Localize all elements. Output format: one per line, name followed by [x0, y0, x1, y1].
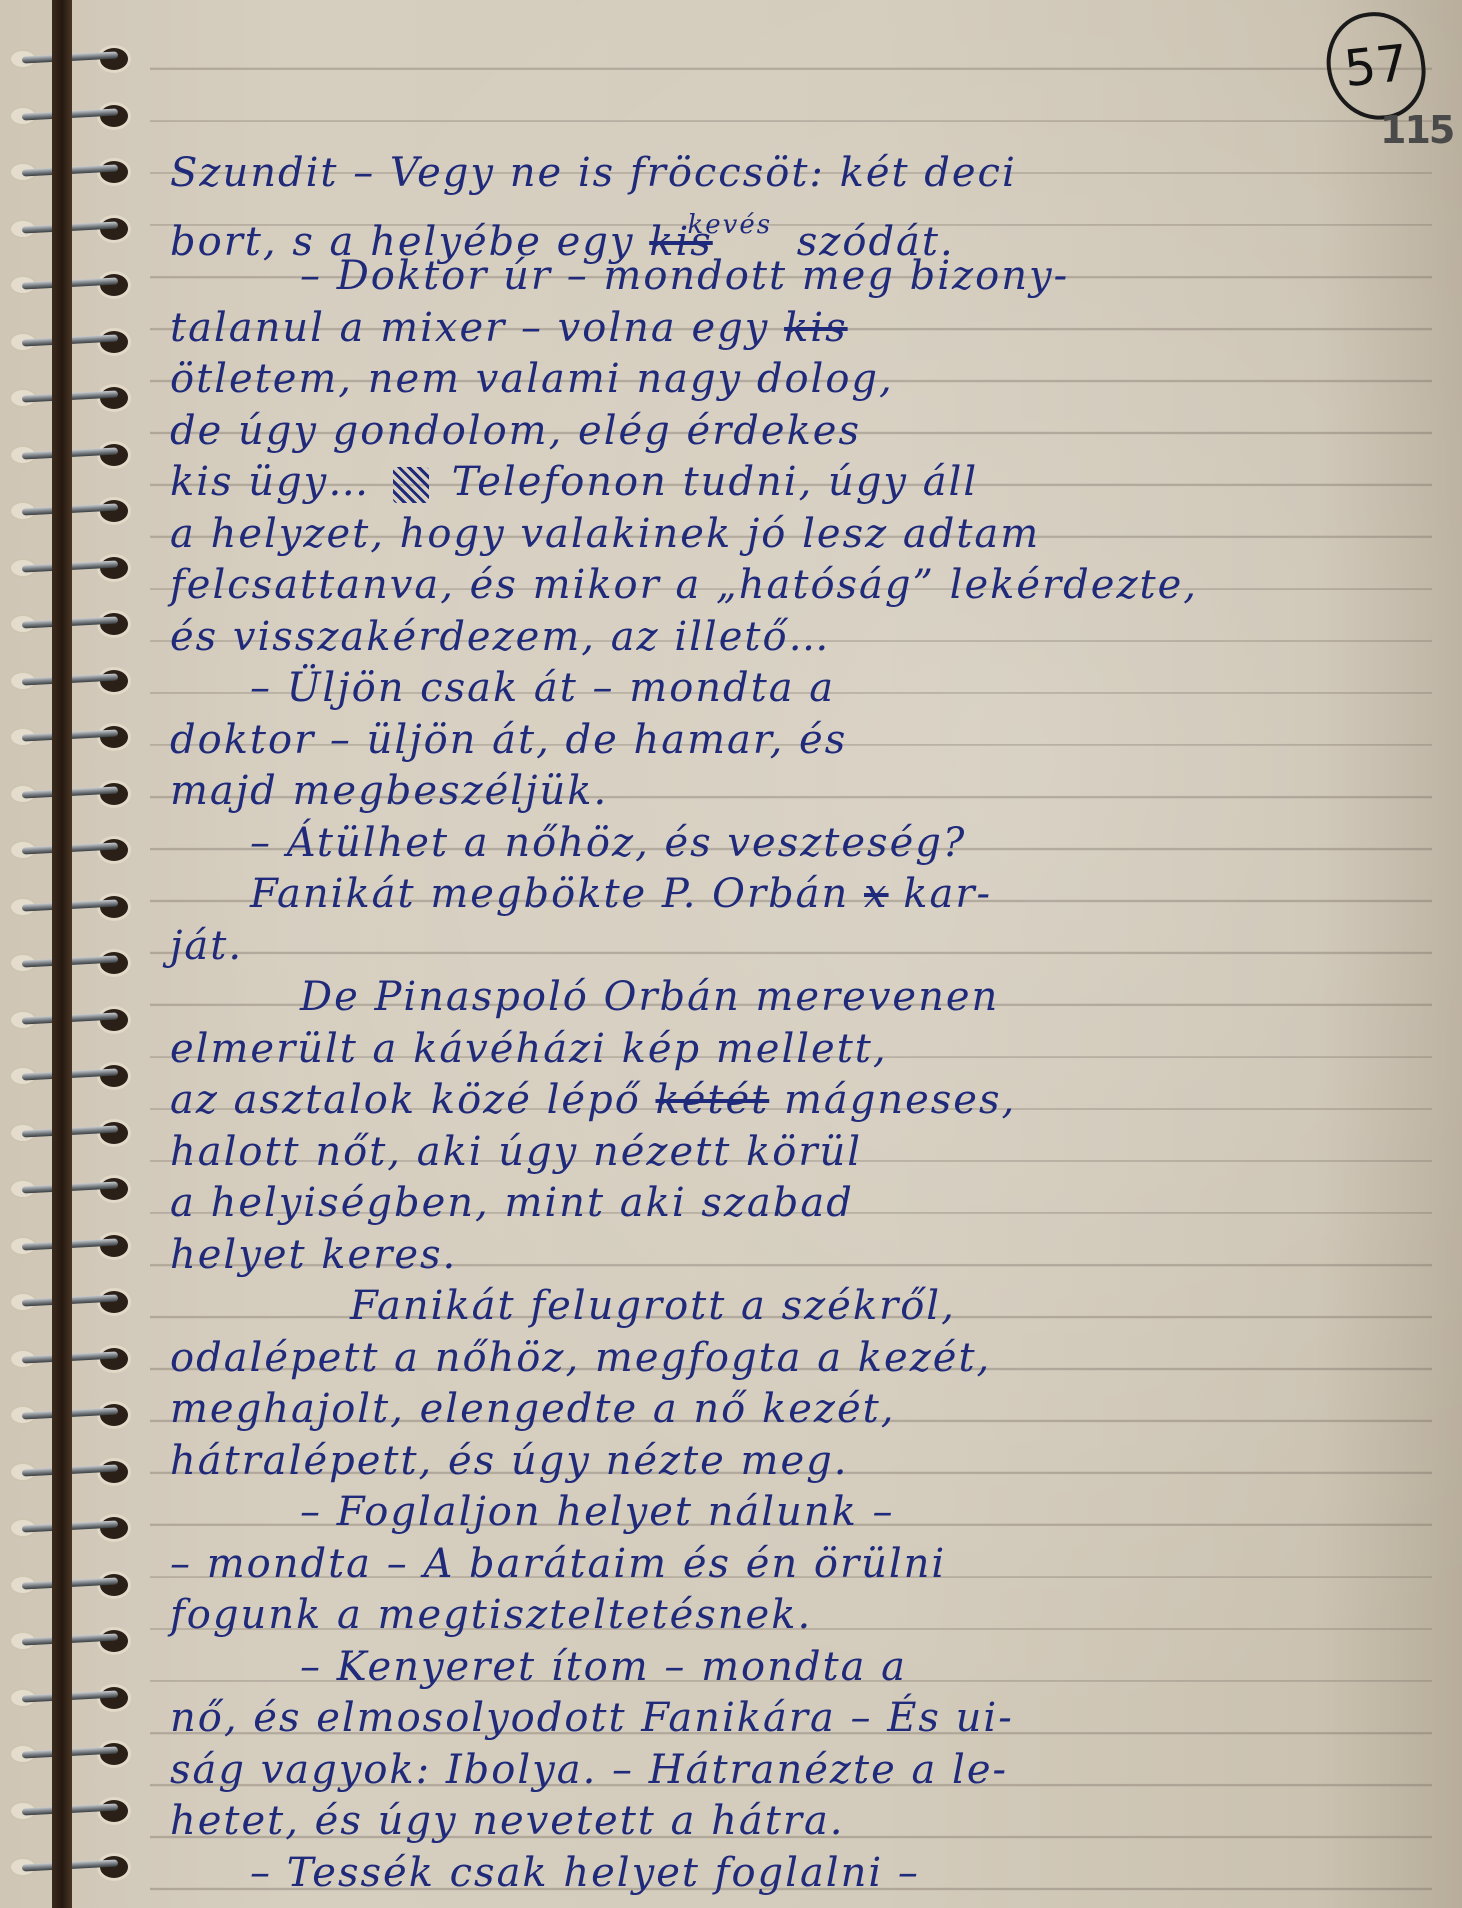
text-line: kis ügy… Telefonon tudni, úgy áll: [170, 457, 1420, 509]
line-text: és visszakérdezem, az illető…: [170, 614, 831, 660]
text-line: a helyzet, hogy valakinek jó lesz adtam: [170, 509, 1420, 561]
line-text: odalépett a nőhöz, megfogta a kezét,: [170, 1335, 991, 1381]
text-line: majd megbeszéljük.: [170, 766, 1420, 818]
line-text: ság vagyok: Ibolya. – Hátranézte a le-: [170, 1747, 1008, 1793]
scribble-icon: [393, 467, 429, 503]
text-line: elmerült a kávéházi kép mellett,: [170, 1024, 1420, 1076]
line-text: Szundit – Vegy ne is fröccsöt: két deci: [170, 150, 1017, 196]
text-line: ötletem, nem valami nagy dolog,: [170, 354, 1420, 406]
text-line: hátralépett, és úgy nézte meg.: [170, 1436, 1420, 1488]
line-text: a helyzet, hogy valakinek jó lesz adtam: [170, 511, 1040, 557]
text-line: Fanikát felugrott a székről,: [170, 1281, 1420, 1333]
line-text: – Kenyeret ítom – mondta a: [300, 1644, 907, 1690]
line-text-after: mágneses,: [784, 1077, 1016, 1123]
text-line: halott nőt, aki úgy nézett körül: [170, 1127, 1420, 1179]
line-text: – mondta – A barátaim és én örülni: [170, 1541, 946, 1587]
line-text: meghajolt, elengedte a nő kezét,: [170, 1386, 895, 1432]
line-text: helyet keres.: [170, 1232, 457, 1278]
line-text: – Doktor úr – mondott meg bizony-: [300, 253, 1069, 299]
line-text: nő, és elmosolyodott Fanikára – És ui-: [170, 1695, 1014, 1741]
struck-word: kétét: [656, 1077, 770, 1123]
inserted-word: kevés: [687, 210, 772, 240]
line-text: Fanikát megbökte P. Orbán: [250, 871, 849, 917]
handwritten-text: Szundit – Vegy ne is fröccsöt: két deci …: [170, 148, 1420, 1899]
line-text-after: Telefonon tudni, úgy áll: [452, 459, 978, 505]
line-text: hetet, és úgy nevetett a hátra.: [170, 1798, 845, 1844]
text-line: doktor – üljön át, de hamar, és: [170, 715, 1420, 767]
line-text: – Üljön csak át – mondta a: [250, 665, 835, 711]
text-line: Fanikát megbökte P. Orbán x kar-: [170, 869, 1420, 921]
notebook-page: 57 115 Szundit – Vegy ne is fröccsöt: ké…: [0, 0, 1462, 1908]
line-text: talanul a mixer – volna egy: [170, 305, 769, 351]
line-text: – Foglaljon helyet nálunk –: [300, 1489, 895, 1535]
text-line: és visszakérdezem, az illető…: [170, 612, 1420, 664]
line-text-after: kar-: [903, 871, 992, 917]
text-line: – Foglaljon helyet nálunk –: [170, 1487, 1420, 1539]
line-text: az asztalok közé lépő: [170, 1077, 641, 1123]
line-text: ját.: [170, 923, 243, 969]
line-text: fogunk a megtiszteltetésnek.: [170, 1592, 812, 1638]
text-line: De Pinaspoló Orbán merevenen: [170, 972, 1420, 1024]
text-line: fogunk a megtiszteltetésnek.: [170, 1590, 1420, 1642]
line-text: doktor – üljön át, de hamar, és: [170, 717, 847, 763]
line-text: – Tessék csak helyet foglalni –: [250, 1850, 920, 1896]
text-line: nő, és elmosolyodott Fanikára – És ui-: [170, 1693, 1420, 1745]
text-line: hetet, és úgy nevetett a hátra.: [170, 1796, 1420, 1848]
line-text: de úgy gondolom, elég érdekes: [170, 408, 861, 454]
line-text: a helyiségben, mint aki szabad: [170, 1180, 854, 1226]
text-line: – Doktor úr – mondott meg bizony-: [170, 251, 1420, 303]
text-line: ját.: [170, 921, 1420, 973]
text-line: – Kenyeret ítom – mondta a: [170, 1642, 1420, 1694]
line-text: majd megbeszéljük.: [170, 768, 608, 814]
line-text: hátralépett, és úgy nézte meg.: [170, 1438, 848, 1484]
text-line: meghajolt, elengedte a nő kezét,: [170, 1384, 1420, 1436]
struck-word: x: [864, 871, 889, 917]
notebook-spine: [52, 0, 72, 1908]
line-text: felcsattanva, és mikor a „hatóság” lekér…: [170, 562, 1198, 608]
text-line: Szundit – Vegy ne is fröccsöt: két deci: [170, 148, 1420, 200]
spiral-binding: [0, 0, 150, 1908]
text-line: bort, s a helyébe egy kis kevés szódát.: [170, 200, 1420, 252]
text-line: – mondta – A barátaim és én örülni: [170, 1539, 1420, 1591]
line-text: ötletem, nem valami nagy dolog,: [170, 356, 894, 402]
archive-number: 115: [1380, 108, 1453, 152]
text-line: helyet keres.: [170, 1230, 1420, 1282]
page-number-text: 57: [1341, 34, 1410, 98]
text-line: talanul a mixer – volna egy kis: [170, 303, 1420, 355]
text-line: – Üljön csak át – mondta a: [170, 663, 1420, 715]
text-line: odalépett a nőhöz, megfogta a kezét,: [170, 1333, 1420, 1385]
text-line: az asztalok közé lépő kétét mágneses,: [170, 1075, 1420, 1127]
line-text: – Átülhet a nőhöz, és veszteség?: [250, 820, 966, 866]
text-line: – Átülhet a nőhöz, és veszteség?: [170, 818, 1420, 870]
text-line: de úgy gondolom, elég érdekes: [170, 406, 1420, 458]
text-line: ság vagyok: Ibolya. – Hátranézte a le-: [170, 1745, 1420, 1797]
line-text: elmerült a kávéházi kép mellett,: [170, 1026, 888, 1072]
text-line: a helyiségben, mint aki szabad: [170, 1178, 1420, 1230]
line-text: kis ügy…: [170, 459, 370, 505]
line-text: halott nőt, aki úgy nézett körül: [170, 1129, 862, 1175]
struck-word: kis: [784, 305, 848, 351]
text-line: felcsattanva, és mikor a „hatóság” lekér…: [170, 560, 1420, 612]
text-line: – Tessék csak helyet foglalni –: [170, 1848, 1420, 1900]
line-text: Fanikát felugrott a székről,: [350, 1283, 956, 1329]
line-text: De Pinaspoló Orbán merevenen: [300, 974, 999, 1020]
